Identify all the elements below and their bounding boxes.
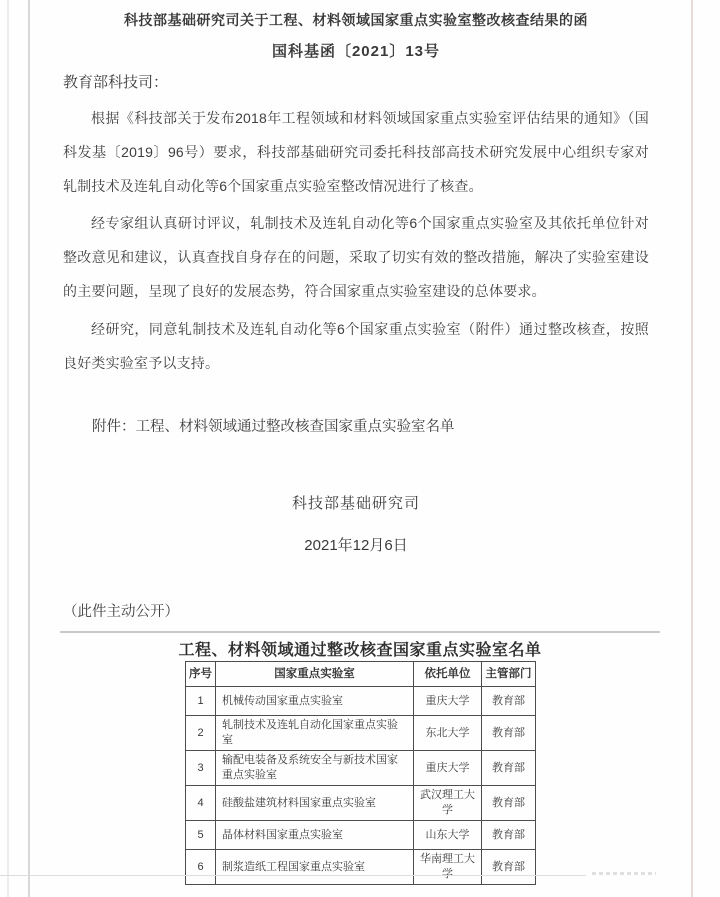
cell-index: 5	[186, 821, 216, 850]
cell-index: 4	[186, 786, 216, 821]
signature-date: 2021年12月6日	[63, 534, 649, 555]
cell-dept: 教育部	[482, 751, 536, 786]
cell-dept: 教育部	[482, 786, 536, 821]
bottom-edge-line	[0, 875, 586, 876]
table-row: 3 输配电装备及系统安全与新技术国家重点实验室 重庆大学 教育部	[186, 751, 536, 786]
cell-dept: 教育部	[482, 821, 536, 850]
section-divider	[60, 631, 660, 633]
attachment-table-title: 工程、材料领域通过整改核查国家重点实验室名单	[60, 637, 660, 660]
table-row: 2 轧制技术及连轧自动化国家重点实验室 东北大学 教育部	[186, 716, 536, 751]
cell-index: 2	[186, 716, 216, 751]
cell-lab-name: 轧制技术及连轧自动化国家重点实验室	[216, 716, 414, 751]
cell-host-org: 山东大学	[414, 821, 482, 850]
header-index: 序号	[186, 662, 216, 687]
cell-host-org: 重庆大学	[414, 751, 482, 786]
body-paragraph-3: 经研究，同意轧制技术及连轧自动化等6个国家重点实验室（附件）通过整改核查，按照良…	[63, 312, 649, 380]
cell-index: 6	[186, 850, 216, 885]
cell-lab-name: 晶体材料国家重点实验室	[216, 821, 414, 850]
header-lab-name: 国家重点实验室	[216, 662, 414, 687]
table-row: 6 制浆造纸工程国家重点实验室 华南理工大学 教育部	[186, 850, 536, 885]
body-paragraph-1: 根据《科技部关于发布2018年工程领域和材料领域国家重点实验室评估结果的通知》（…	[63, 101, 649, 203]
lab-list-table: 序号 国家重点实验室 依托单位 主管部门 1 机械传动国家重点实验室 重庆大学 …	[185, 661, 536, 885]
cell-index: 1	[186, 687, 216, 716]
cell-dept: 教育部	[482, 850, 536, 885]
document-page: 科技部基础研究司关于工程、材料领域国家重点实验室整改核查结果的函 国科基函〔20…	[0, 0, 720, 897]
cell-index: 3	[186, 751, 216, 786]
cell-host-org: 武汉理工大学	[414, 786, 482, 821]
cell-host-org: 东北大学	[414, 716, 482, 751]
page-edge-line-right	[691, 0, 693, 897]
cell-dept: 教育部	[482, 687, 536, 716]
signature-department: 科技部基础研究司	[63, 492, 649, 513]
page-edge-line-inner-left	[28, 0, 30, 897]
cell-dept: 教育部	[482, 716, 536, 751]
cell-lab-name: 硅酸盐建筑材料国家重点实验室	[216, 786, 414, 821]
page-edge-line-outer-left	[7, 0, 9, 897]
header-host-org: 依托单位	[414, 662, 482, 687]
table-row: 1 机械传动国家重点实验室 重庆大学 教育部	[186, 687, 536, 716]
cell-lab-name: 机械传动国家重点实验室	[216, 687, 414, 716]
table-header-row: 序号 国家重点实验室 依托单位 主管部门	[186, 662, 536, 687]
body-paragraph-2: 经专家组认真研讨评议，轧制技术及连轧自动化等6个国家重点实验室及其依托单位针对整…	[63, 206, 649, 308]
cell-host-org: 重庆大学	[414, 687, 482, 716]
table-row: 4 硅酸盐建筑材料国家重点实验室 武汉理工大学 教育部	[186, 786, 536, 821]
disclosure-note: （此件主动公开）	[63, 600, 649, 621]
doc-number: 国科基函〔2021〕13号	[63, 40, 649, 61]
cell-lab-name: 制浆造纸工程国家重点实验室	[216, 850, 414, 885]
cell-lab-name: 输配电装备及系统安全与新技术国家重点实验室	[216, 751, 414, 786]
attachment-note: 附件：工程、材料领域通过整改核查国家重点实验室名单	[63, 415, 649, 436]
faint-watermark	[592, 872, 656, 875]
header-dept: 主管部门	[482, 662, 536, 687]
salutation-line: 教育部科技司：	[63, 71, 649, 92]
cell-host-org: 华南理工大学	[414, 850, 482, 885]
table-row: 5 晶体材料国家重点实验室 山东大学 教育部	[186, 821, 536, 850]
doc-title: 科技部基础研究司关于工程、材料领域国家重点实验室整改核查结果的函	[63, 10, 649, 30]
